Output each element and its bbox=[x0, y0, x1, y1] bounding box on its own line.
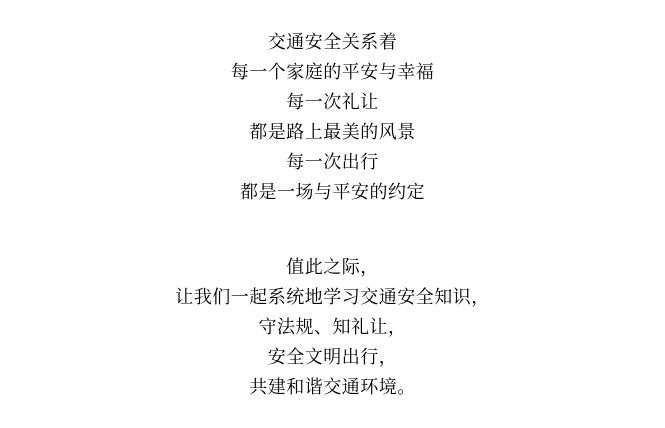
text-line: 交通安全关系着 bbox=[0, 27, 665, 57]
text-line: 都是一场与平安的约定 bbox=[0, 177, 665, 207]
text-line: 让我们一起系统地学习交通安全知识， bbox=[0, 282, 665, 312]
article-page: 交通安全关系着 每一个家庭的平安与幸福 每一次礼让 都是路上最美的风景 每一次出… bbox=[0, 0, 665, 428]
text-line: 每一个家庭的平安与幸福 bbox=[0, 57, 665, 87]
text-line: 共建和谐交通环境。 bbox=[0, 372, 665, 402]
text-line: 每一次礼让 bbox=[0, 87, 665, 117]
text-line: 都是路上最美的风景 bbox=[0, 117, 665, 147]
text-line: 安全文明出行， bbox=[0, 342, 665, 372]
text-line: 值此之际， bbox=[0, 252, 665, 282]
text-line: 每一次出行 bbox=[0, 147, 665, 177]
closing-stanza: 值此之际， 让我们一起系统地学习交通安全知识， 守法规、知礼让， 安全文明出行，… bbox=[0, 252, 665, 402]
intro-stanza: 交通安全关系着 每一个家庭的平安与幸福 每一次礼让 都是路上最美的风景 每一次出… bbox=[0, 27, 665, 207]
text-line: 守法规、知礼让， bbox=[0, 312, 665, 342]
